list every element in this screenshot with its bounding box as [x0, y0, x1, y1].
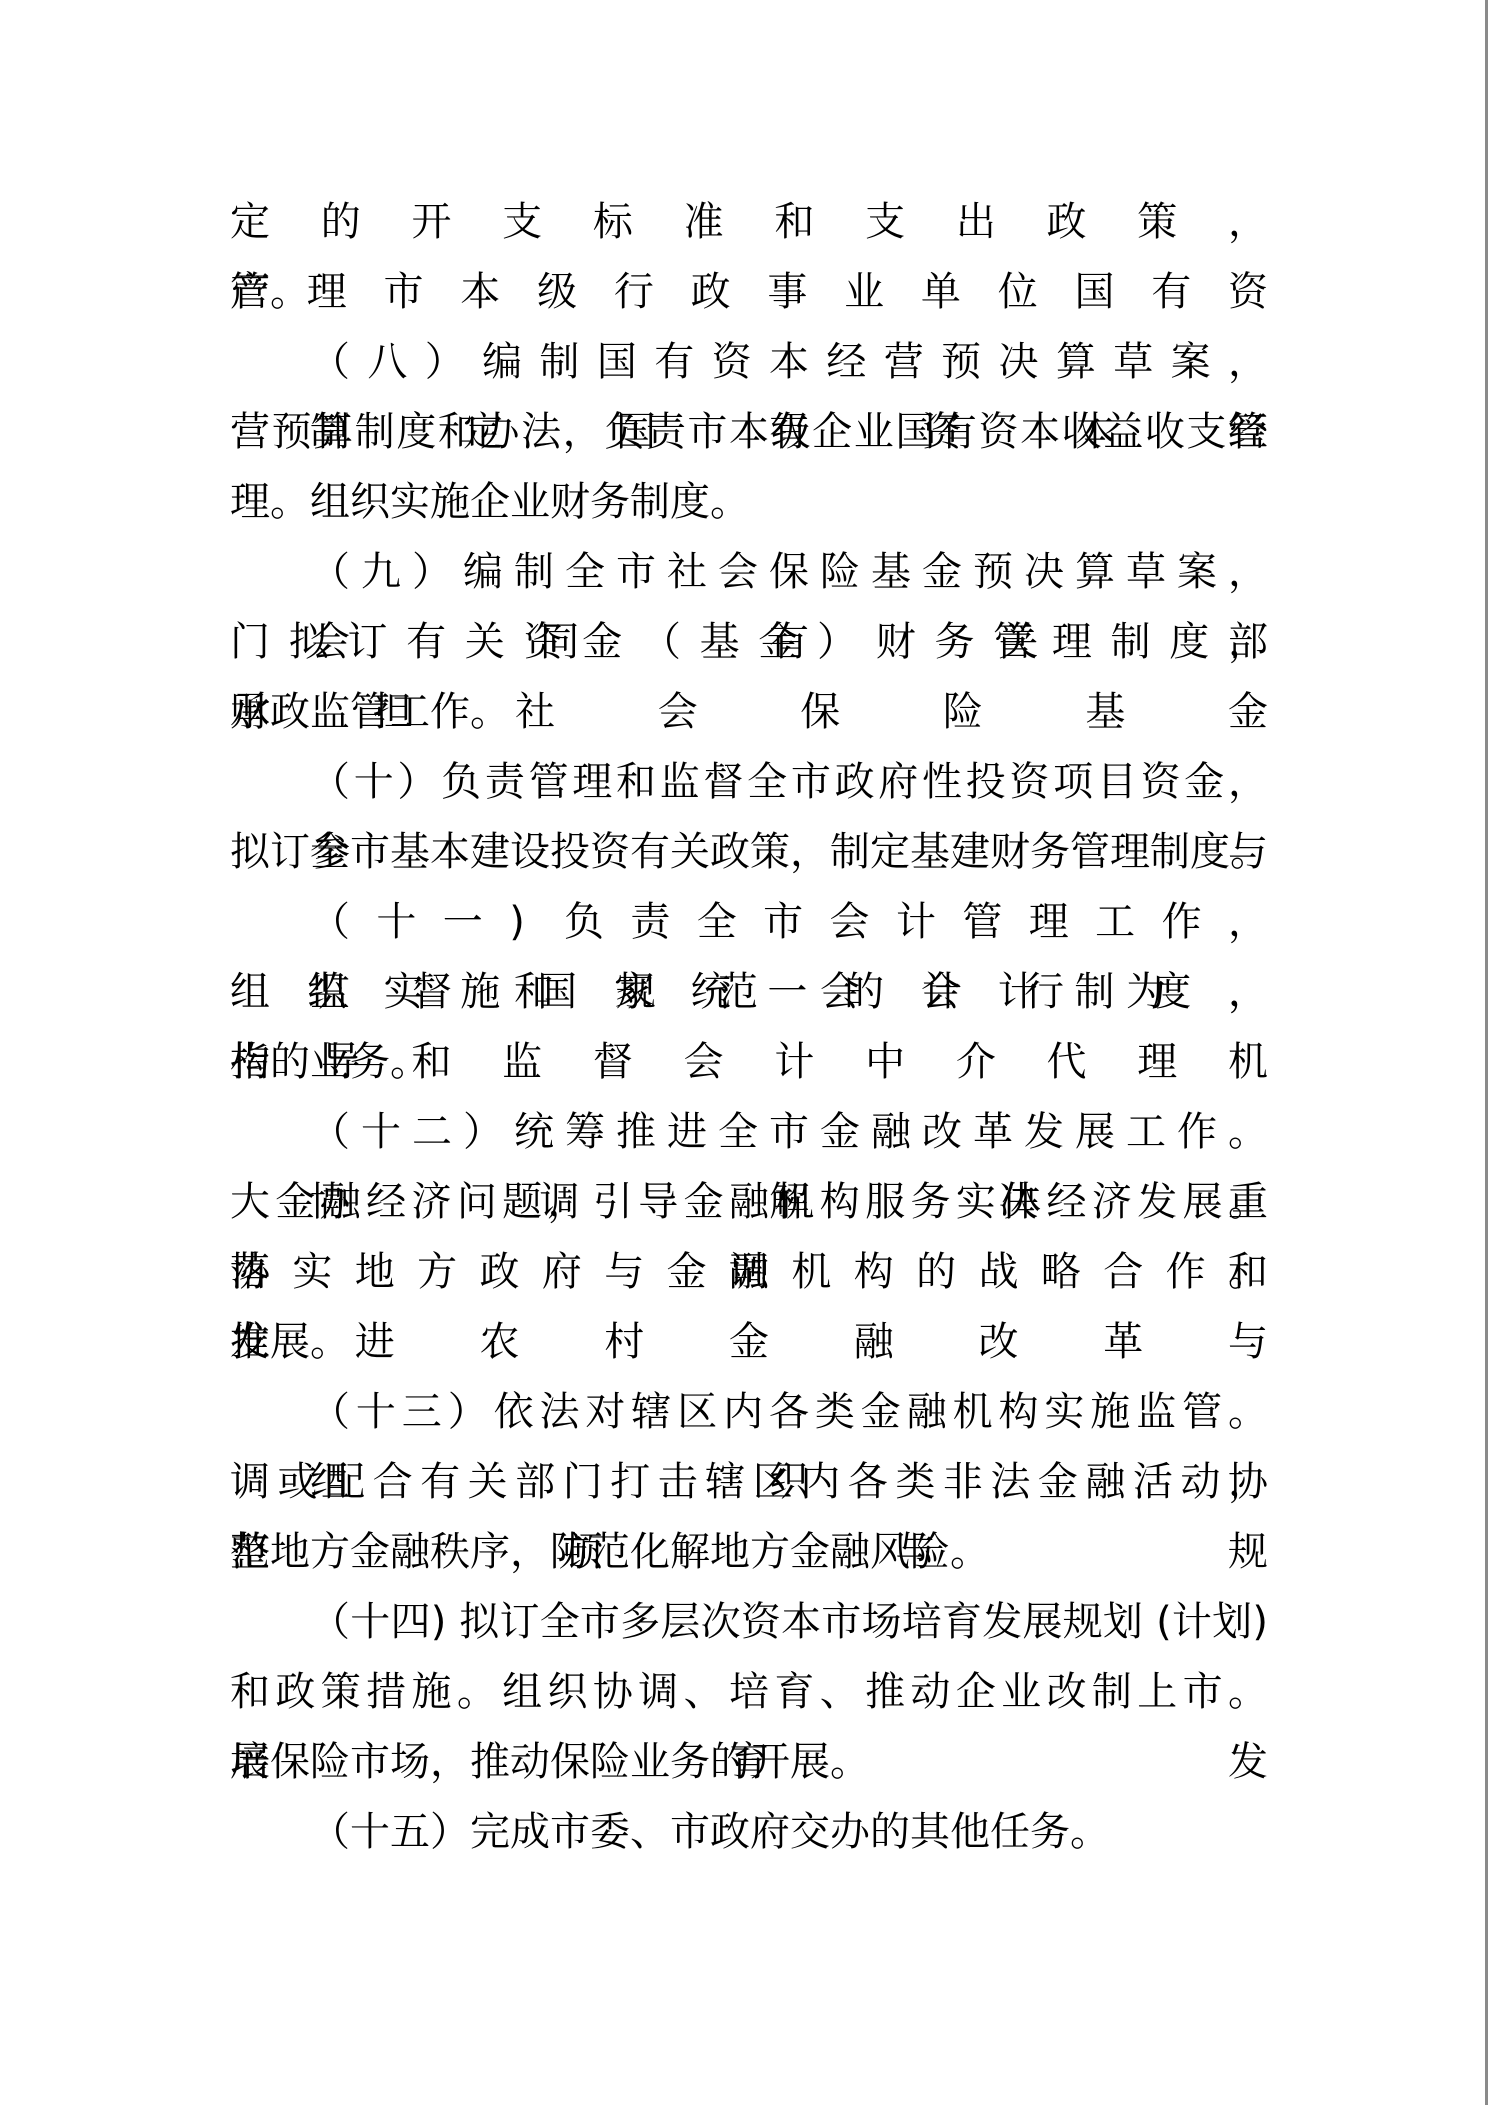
text-line: 和政策措施。组织协调、培育、推动企业改制上市。培育发 [230, 1657, 1268, 1727]
text-line: （八）编制国有资本经营预决算草案，制定国有资本经 [230, 327, 1268, 397]
paragraph-item-14: （十四) 拟订全市多层次资本市场培育发展规划 (计划)和政策措施。组织协调、培育… [230, 1587, 1268, 1797]
text-line: 门拟订有关资金（基金）财务管理制度，承担社会保险基金 [230, 607, 1268, 677]
text-line: （九）编制全市社会保险基金预决算草案，会同有关部 [230, 537, 1268, 607]
paragraph-item-15: （十五）完成市委、市政府交办的其他任务。 [230, 1797, 1268, 1867]
text-line: 大金融经济问题，引导金融机构服务实体经济发展。协调和 [230, 1167, 1268, 1237]
text-line: 定的开支标准和支出政策，管理市本级行政事业单位国有资 [230, 187, 1268, 257]
paragraph-item-10: （十）负责管理和监督全市政府性投资项目资金，参与拟订全市基本建设投资有关政策，制… [230, 747, 1268, 887]
text-line: （十二）统筹推进全市金融改革发展工作。协调解决重 [230, 1097, 1268, 1167]
paragraph-continuation: 定的开支标准和支出政策，管理市本级行政事业单位国有资产。 [230, 187, 1268, 327]
text-line: （十）负责管理和监督全市政府性投资项目资金，参与 [230, 747, 1268, 817]
text-line: （十五）完成市委、市政府交办的其他任务。 [230, 1797, 1268, 1867]
paragraph-item-13: （十三）依法对辖区内各类金融机构实施监管。组织协调或配合有关部门打击辖区内各类非… [230, 1377, 1268, 1587]
text-line: （十三）依法对辖区内各类金融机构实施监管。组织协 [230, 1377, 1268, 1447]
text-line: 调或配合有关部门打击辖区内各类非法金融活动，整顿与规 [230, 1447, 1268, 1517]
paragraph-item-9: （九）编制全市社会保险基金预决算草案，会同有关部门拟订有关资金（基金）财务管理制… [230, 537, 1268, 747]
text-line: （十一) 负责全市会计管理工作，监督和规范会计行为， [230, 887, 1268, 957]
text-line: 理。组织实施企业财务制度。 [230, 467, 1268, 537]
paragraph-item-12: （十二）统筹推进全市金融改革发展工作。协调解决重大金融经济问题，引导金融机构服务… [230, 1097, 1268, 1377]
document-page: 定的开支标准和支出政策，管理市本级行政事业单位国有资产。（八）编制国有资本经营预… [0, 0, 1488, 2105]
document-content: 定的开支标准和支出政策，管理市本级行政事业单位国有资产。（八）编制国有资本经营预… [230, 187, 1268, 1867]
paragraph-item-11: （十一) 负责全市会计管理工作，监督和规范会计行为，组织实施国家统一的会计制度，… [230, 887, 1268, 1097]
paragraph-item-8: （八）编制国有资本经营预决算草案，制定国有资本经营预算制度和办法，负责市本级企业… [230, 327, 1268, 537]
text-line: （十四) 拟订全市多层次资本市场培育发展规划 (计划) [230, 1587, 1268, 1657]
text-line: 营预算制度和办法，负责市本级企业国有资本收益收支管 [230, 397, 1268, 467]
text-line: 落实地方政府与金融机构的战略合作。推进农村金融改革与 [230, 1237, 1268, 1307]
text-line: 组织实施国家统一的会计制度，指导和监督会计中介代理机 [230, 957, 1268, 1027]
text-line: 拟订全市基本建设投资有关政策，制定基建财务管理制度。 [230, 817, 1268, 887]
